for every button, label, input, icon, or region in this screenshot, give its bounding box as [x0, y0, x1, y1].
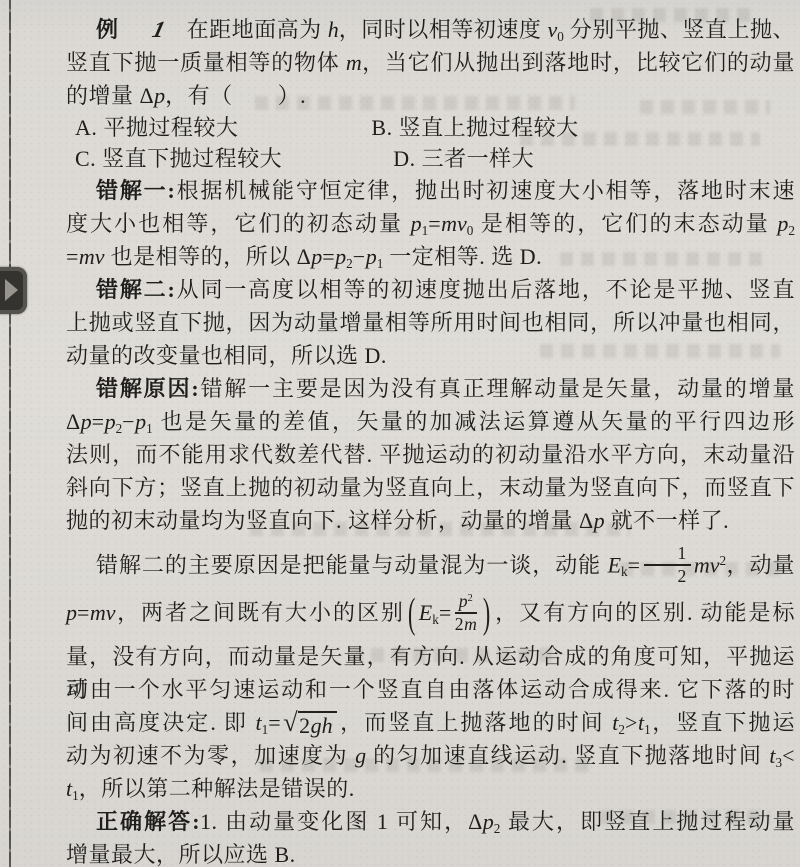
error-analysis-2-line-4: 可由一个水平匀速运动和一个竖直自由落体运动合成得来. 它下落的时: [66, 673, 795, 706]
text-run: ，竖直下抛运: [651, 710, 795, 735]
correct-answer-line-1: 正确解答:1. 由动量变化图 1 可知，Δp2 最大，即竖直上抛过程动量: [66, 805, 795, 838]
math-variable: p: [483, 809, 494, 834]
text-run: 增量最大，所以应选 B.: [66, 842, 296, 867]
math-variable: p: [411, 211, 422, 236]
text-run: 1. 由动量变化图 1 可知，: [200, 809, 468, 834]
error-analysis-2-line-5: 间由高度决定. 即 t1=√2gh，而竖直上抛落地的时间 t2>t1，竖直下抛运: [66, 706, 795, 739]
text-run: ，而竖直上抛落地的时间: [339, 710, 613, 735]
text-run: ，同时以相等初速度: [339, 17, 548, 42]
text-run: 法则，而不能用求代数差代替. 平抛运动的初动量沿水平方向，末动量沿: [66, 442, 795, 467]
text-run: ，有（ ）.: [165, 83, 306, 108]
error-analysis-label: 错解原因:: [96, 376, 199, 401]
error-analysis-line-1: 错解原因:错解一主要是因为没有真正理解动量是矢量，动量的增量: [66, 372, 795, 405]
text-run: 0: [557, 29, 564, 44]
text-run: 竖直下抛一质量相等的物体: [66, 50, 346, 75]
math-variable: gh: [311, 713, 333, 738]
scanned-textbook-page: 例1在距地面高为 h，同时以相等初速度 v0 分别平抛、竖直上抛、竖直下抛一质量…: [0, 0, 800, 867]
wrong-solution-1-line-3: =mv 也是相等的，所以 Δp=p2−p1 一定相等. 选 D.: [66, 240, 795, 273]
error-analysis-2-line-7: t1，所以第二种解法是错误的.: [66, 772, 795, 805]
text-run: 1: [146, 421, 153, 436]
text-run: 的匀加速直线运动. 竖直下抛落地时间: [366, 743, 769, 768]
text-run: 也是相等的，所以: [105, 244, 297, 269]
text-run: 1: [72, 788, 79, 803]
text-run: 一定相等. 选 D.: [383, 244, 542, 269]
text-run: 2: [788, 223, 795, 238]
text-run: ，又有方向的区别. 动能是标: [494, 600, 795, 625]
math-variable: p: [81, 409, 92, 434]
math-variable: p: [105, 409, 116, 434]
math-variable: p: [594, 508, 605, 533]
text-run: 错解二的主要原因是把能量与动量混为一谈，动能: [96, 552, 608, 577]
text-run: 1: [644, 722, 651, 737]
text-run: 从同一高度以相等的初速度抛出后落地，不论是平抛、竖直: [175, 277, 795, 302]
math-variable: mv: [441, 211, 467, 236]
example-marker: 例: [96, 17, 119, 42]
math-variable: p: [135, 409, 146, 434]
math-variable: v: [547, 17, 557, 42]
text-run: 的增量: [66, 83, 140, 108]
text-run: 动为初速不为零，加速度为: [66, 743, 355, 768]
math-variable: mv: [694, 552, 720, 577]
text-run: 上抛或竖直下抛，因为动量增量相等所用时间也相同，所以冲量也相同，: [66, 310, 795, 335]
text-run: Δ: [140, 83, 155, 108]
text-run: =: [628, 552, 641, 577]
text-run: =: [92, 409, 105, 434]
document-lines: 例1在距地面高为 h，同时以相等初速度 v0 分别平抛、竖直上抛、竖直下抛一质量…: [0, 13, 800, 867]
text-run: 2: [678, 566, 687, 586]
text-run: 根据机械能守恒定律，抛出时初速度大小相等，落地时末速: [175, 178, 795, 203]
wrong-solution-1-label: 错解一:: [96, 178, 175, 203]
text-run: >: [625, 710, 638, 735]
fraction-numerator: p2: [455, 592, 477, 614]
math-variable: mv: [79, 244, 105, 269]
text-run: 2: [468, 593, 473, 604]
option-c: C. 竖直下抛过程较大: [75, 146, 282, 171]
text-run: Δ: [66, 409, 81, 434]
wrong-solution-2-label: 错解二:: [96, 277, 175, 302]
left-paren: (: [408, 560, 416, 665]
wrong-solution-1-line-1: 错解一:根据机械能守恒定律，抛出时初速度大小相等，落地时末速: [66, 174, 795, 207]
correct-answer-line-2: 增量最大，所以应选 B.: [66, 838, 795, 867]
text-run: 度大小也相等，它们的初态动量: [66, 211, 411, 236]
text-run: 抛的初末动量均为竖直向下. 这样分析，动量的增量: [66, 508, 579, 533]
wrong-solution-2-line-2: 上抛或竖直下抛，因为动量增量相等所用时间也相同，所以冲量也相同，: [66, 306, 795, 339]
error-analysis-line-3: 法则，而不能用求代数差代替. 平抛运动的初动量沿水平方向，末动量沿: [66, 438, 795, 471]
math-variable: g: [355, 743, 366, 768]
math-variable: p: [66, 600, 77, 625]
text-run: 在距地面高为: [187, 17, 328, 42]
text-run: <: [782, 743, 795, 768]
text-run: Δ: [579, 508, 594, 533]
fraction-denominator: 2: [648, 566, 687, 586]
text-run: 2: [455, 614, 464, 634]
text-run: −: [353, 244, 366, 269]
text-run: 分别平抛、竖直上抛、: [564, 17, 795, 42]
text-run: 最大，即竖直上抛过程动量: [500, 809, 795, 834]
error-analysis-2-line-1: 错解二的主要原因是把能量与动量混为一谈，动能 Ek=12mv2，动量: [66, 537, 795, 585]
math-variable: E: [608, 552, 621, 577]
text-run: ，两者之间既有大小的区别: [116, 600, 405, 625]
math-variable: m: [464, 614, 477, 634]
error-analysis-line-5: 抛的初末动量均为竖直向下. 这样分析，动量的增量 Δp 就不一样了.: [66, 504, 795, 537]
radical-sign-icon: √: [283, 709, 298, 735]
text-run: 错解一主要是因为没有真正理解动量是矢量，动量的增量: [199, 376, 795, 401]
wrong-solution-2-line-1: 错解二:从同一高度以相等的初速度抛出后落地，不论是平抛、竖直: [66, 273, 795, 306]
math-variable: p: [366, 244, 377, 269]
right-paren: ): [483, 560, 491, 665]
error-analysis-line-2: Δp=p2−p1 也是矢量的差值，矢量的加减法运算遵从矢量的平行四边形: [66, 405, 795, 438]
math-variable: p: [335, 244, 346, 269]
options-row-2: C. 竖直下抛过程较大D. 三者一样大: [66, 143, 795, 174]
text-run: ，所以第二种解法是错误的.: [79, 776, 355, 801]
math-variable: p: [777, 211, 788, 236]
options-row-1: A. 平抛过程较大B. 竖直上抛过程较大: [66, 112, 795, 143]
text-run: =: [322, 244, 335, 269]
text-run: =: [439, 600, 452, 625]
text-run: 是相等的，它们的末态动量: [473, 211, 777, 236]
math-variable: h: [328, 17, 339, 42]
text-run: k: [621, 564, 628, 579]
option-a: A. 平抛过程较大: [75, 115, 238, 140]
math-variable: p: [154, 83, 165, 108]
text-run: 也是矢量的差值，矢量的加减法运算遵从矢量的平行四边形: [153, 409, 795, 434]
text-run: −: [122, 409, 135, 434]
math-variable: m: [346, 50, 362, 75]
text-run: =: [77, 600, 90, 625]
square-root: √2gh: [283, 708, 336, 734]
error-analysis-2-line-3: 量，没有方向，而动量是矢量，有方向. 从运动合成的角度可知，平抛运动: [66, 640, 795, 673]
fraction: p22m: [455, 592, 477, 635]
fraction-numerator: 1: [644, 544, 691, 566]
error-analysis-line-4: 斜向下方；竖直上抛的初动量为竖直向上，末动量为竖直向下，而竖直下: [66, 471, 795, 504]
option-d: D. 三者一样大: [393, 146, 534, 171]
text-run: 动量的改变量也相同，所以选 D.: [66, 343, 387, 368]
error-analysis-2-line-2: p=mv，两者之间既有大小的区别(Ek=p22m)，又有方向的区别. 动能是标: [66, 585, 795, 640]
text-run: Δ: [468, 809, 483, 834]
text-run: 就不一样了.: [605, 508, 730, 533]
problem-line-1: 例1在距地面高为 h，同时以相等初速度 v0 分别平抛、竖直上抛、: [66, 13, 795, 46]
text-run: 2: [346, 256, 353, 271]
text-run: ，当它们从抛出到落地时，比较它们的动量: [362, 50, 795, 75]
fraction-denominator: 2m: [455, 614, 477, 634]
text-run: =: [428, 211, 441, 236]
example-number: 1: [118, 13, 168, 46]
wrong-solution-2-line-3: 动量的改变量也相同，所以选 D.: [66, 339, 795, 372]
text-run: 间由高度决定. 即: [66, 710, 255, 735]
math-variable: p: [459, 591, 468, 611]
problem-line-2: 竖直下抛一质量相等的物体 m，当它们从抛出到落地时，比较它们的动量: [66, 46, 795, 79]
radicand: 2gh: [298, 711, 337, 737]
correct-answer-label: 正确解答:: [96, 809, 200, 834]
math-variable: p: [311, 244, 322, 269]
math-variable: E: [419, 600, 432, 625]
option-b: B. 竖直上抛过程较大: [371, 115, 578, 140]
text-run: =: [268, 710, 281, 735]
wrong-solution-1-line-2: 度大小也相等，它们的初态动量 p1=mv0 是相等的，它们的末态动量 p2: [66, 207, 795, 240]
fraction: 12: [644, 544, 691, 587]
text-run: =: [66, 244, 79, 269]
text-run: ，动量: [726, 552, 795, 577]
text-run: 可由一个水平匀速运动和一个竖直自由落体运动合成得来. 它下落的时: [66, 677, 795, 702]
text-run: 斜向下方；竖直上抛的初动量为竖直向上，末动量为竖直向下，而竖直下: [66, 475, 795, 500]
text-run: 2: [299, 713, 311, 738]
text-run: Δ: [297, 244, 312, 269]
math-variable: mv: [90, 600, 116, 625]
problem-line-3: 的增量 Δp，有（ ）.: [66, 79, 795, 112]
text-run: k: [432, 612, 439, 627]
error-analysis-2-line-6: 动为初速不为零，加速度为 g 的匀加速直线运动. 竖直下抛落地时间 t3<: [66, 739, 795, 772]
text-run: 1: [678, 543, 687, 563]
